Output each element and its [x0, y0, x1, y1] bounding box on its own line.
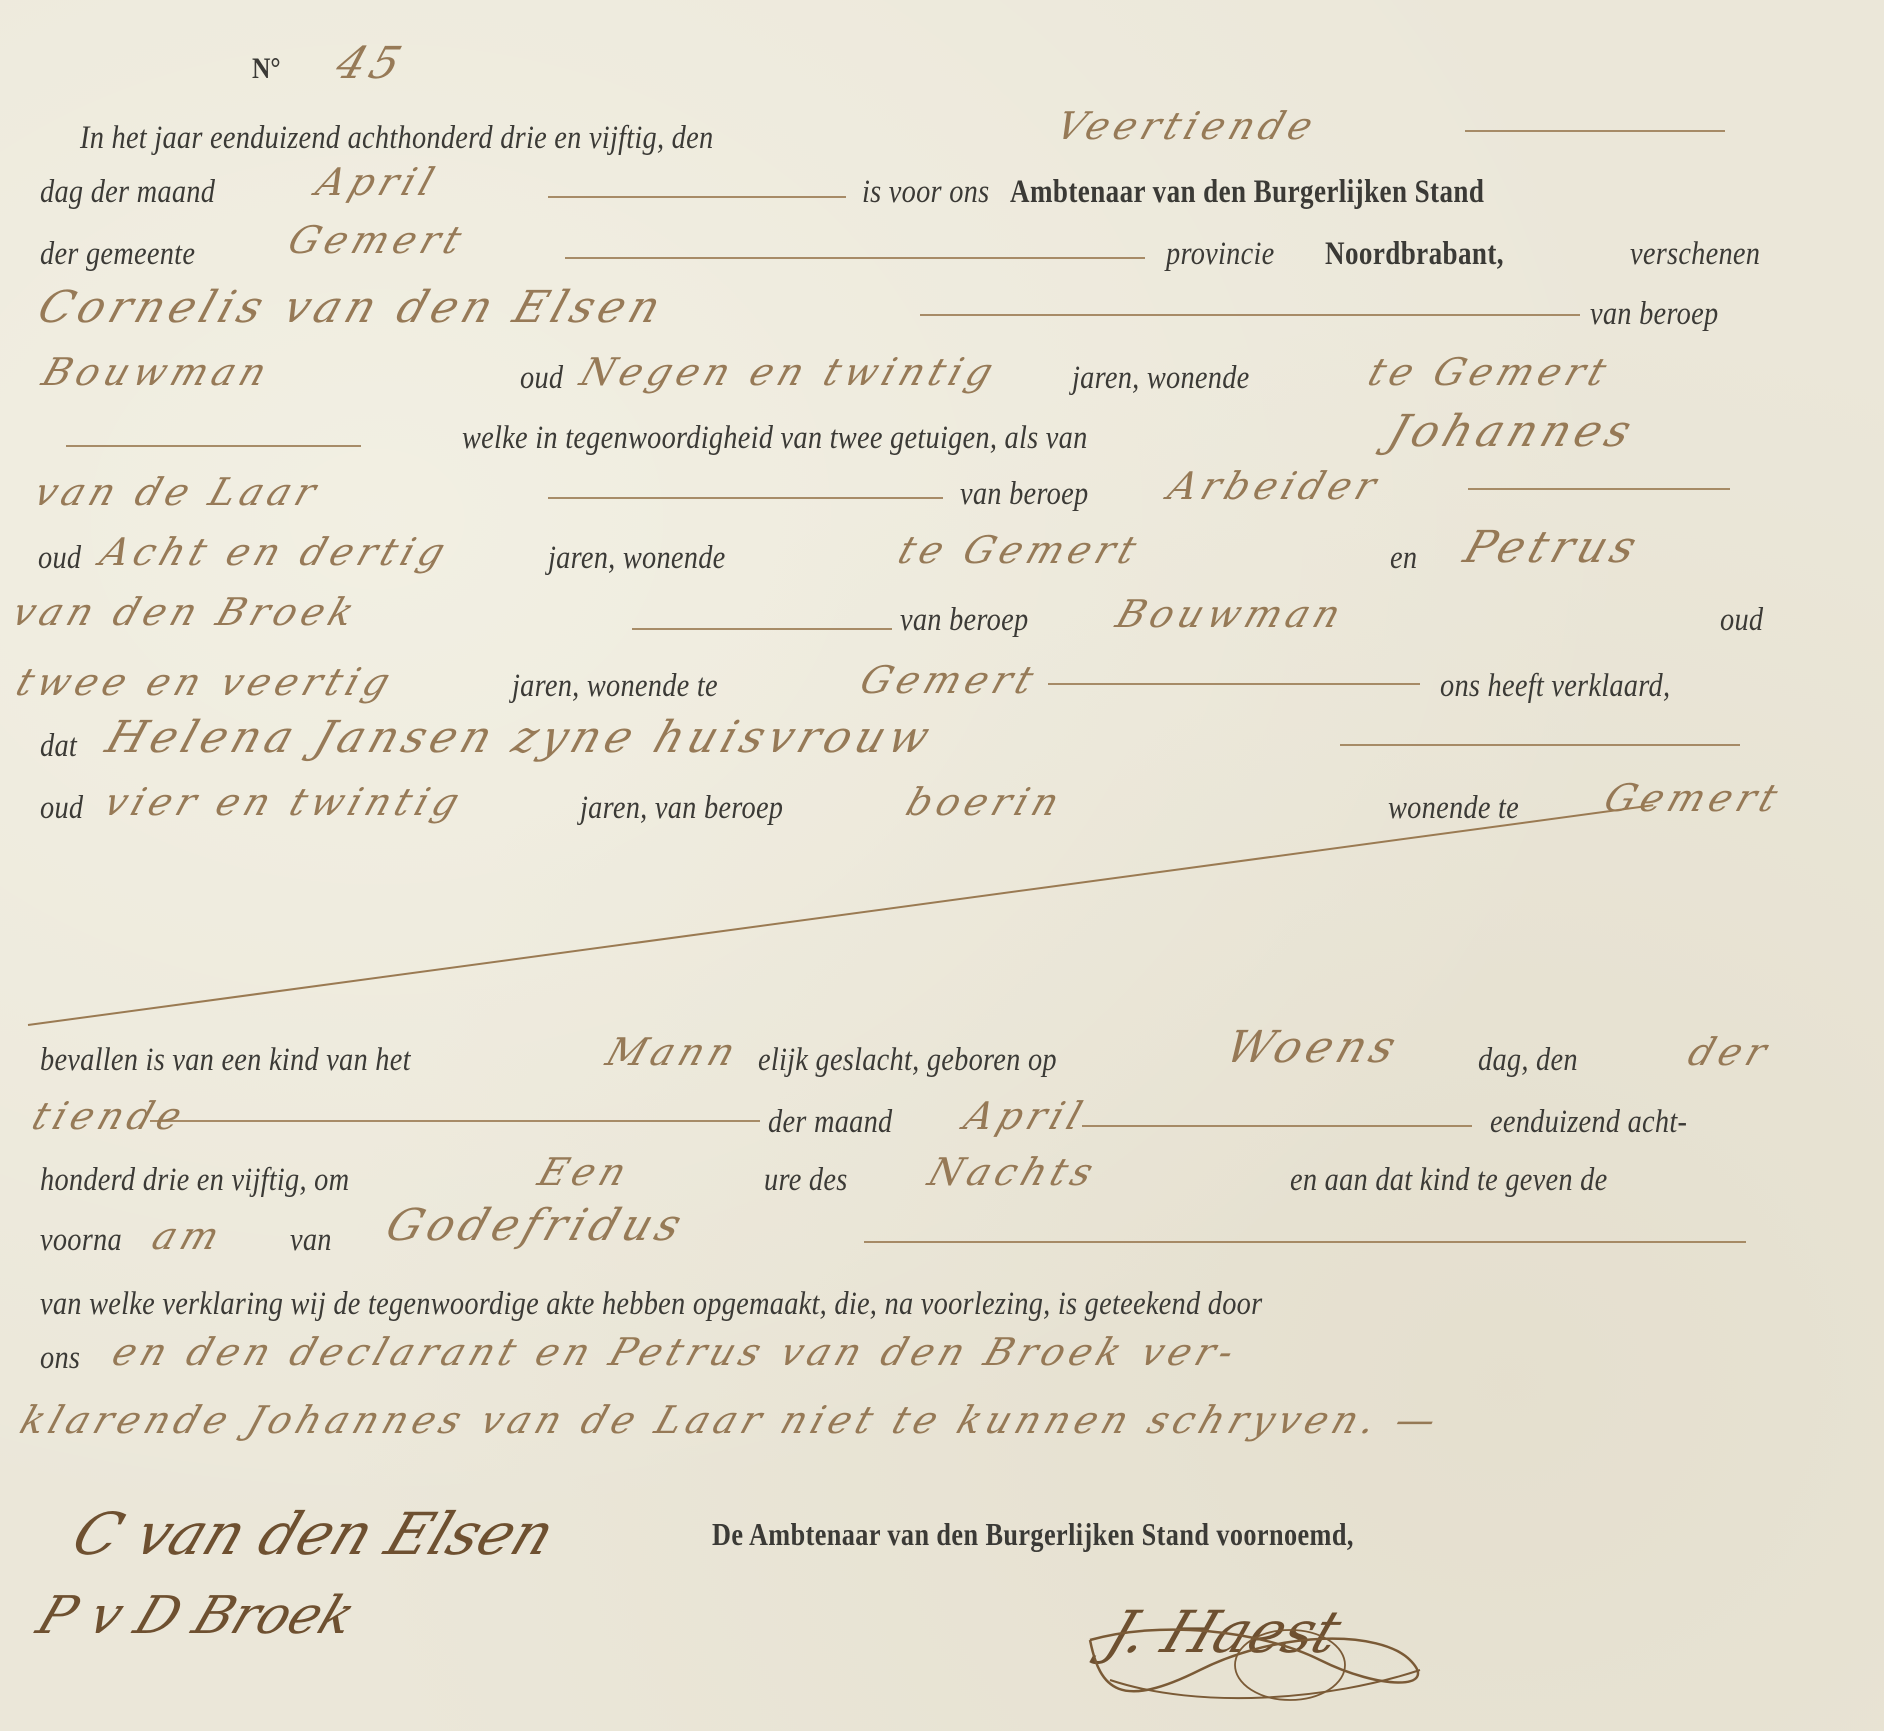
printed-text: en — [1390, 540, 1417, 577]
printed-text: van beroep — [960, 476, 1088, 513]
handwritten-witness2-last: van den Broek — [7, 590, 365, 634]
handwritten-witness2-occupation: Bouwman — [1111, 592, 1351, 636]
printed-text: oud — [40, 790, 83, 827]
printed-text-province: Noordbrabant, — [1325, 236, 1504, 273]
printed-text: ons — [40, 1340, 80, 1377]
handwritten-mother-occupation: boerin — [901, 780, 1070, 824]
handwritten-residence: te Gemert — [1363, 350, 1617, 394]
printed-text: jaren, van beroep — [580, 790, 783, 827]
handwritten-month: April — [311, 160, 445, 204]
fill-rule — [548, 196, 846, 198]
printed-text: jaren, wonende — [548, 540, 726, 577]
handwritten-mother-residence: Gemert — [1599, 776, 1788, 820]
printed-text: ure des — [764, 1162, 848, 1199]
handwritten-witness1-age: Acht en dertig — [95, 530, 456, 574]
handwritten-witness1-residence: te Gemert — [893, 528, 1147, 572]
printed-text: oud — [1720, 602, 1763, 639]
printed-text: In het jaar eenduizend achthonderd drie … — [80, 120, 713, 157]
printed-text: van beroep — [900, 602, 1028, 639]
printed-text: eenduizend acht- — [1490, 1104, 1687, 1141]
printed-text: en aan dat kind te geven de — [1290, 1162, 1607, 1199]
handwritten-municipality: Gemert — [283, 218, 472, 262]
handwritten-witness1-first: Johannes — [1382, 406, 1643, 457]
handwritten-sex: Mann — [601, 1030, 746, 1074]
handwritten-closing-2: klarende Johannes van de Laar niet te ku… — [15, 1398, 1447, 1442]
signature-witness: P v D Broek — [29, 1586, 363, 1646]
printed-text: welke in tegenwoordigheid van twee getui… — [462, 420, 1088, 457]
fill-rule — [864, 1241, 1746, 1243]
printed-text: dag, den — [1478, 1042, 1578, 1079]
handwritten-day: Veertiende — [1051, 104, 1324, 148]
handwritten-closing-1: en den declarant en Petrus van den Broek… — [107, 1330, 1245, 1374]
printed-text: oud — [38, 540, 81, 577]
printed-text: jaren, wonende te — [512, 668, 718, 705]
handwritten-witness1-occupation: Arbeider — [1163, 464, 1387, 508]
printed-text: dag der maand — [40, 174, 215, 211]
handwritten-birth-month: April — [959, 1094, 1093, 1138]
handwritten-child-name: Godefridus — [380, 1200, 693, 1251]
printed-text: provincie — [1166, 236, 1274, 273]
printed-text: verschenen — [1630, 236, 1760, 273]
handwritten-witness2-age: twee en veertig — [11, 660, 401, 704]
fill-rule — [632, 628, 892, 630]
fill-rule — [1468, 488, 1730, 490]
handwritten-declarant-name: Cornelis van den Elsen — [32, 282, 672, 333]
handwritten-mother: Helena Jansen zyne huisvrouw — [100, 712, 941, 763]
handwritten-witness1-last: van de Laar — [29, 470, 327, 514]
fill-rule — [1465, 130, 1725, 132]
printed-text: honderd drie en vijftig, om — [40, 1162, 349, 1199]
signature-declarant: C van den Elsen — [64, 1500, 564, 1568]
printed-text: elijk geslacht, geboren op — [758, 1042, 1057, 1079]
handwritten-witness2-first: Petrus — [1458, 522, 1648, 573]
printed-text-title: Ambtenaar van den Burgerlijken Stand — [1010, 174, 1484, 211]
printed-text: van beroep — [1590, 296, 1718, 333]
printed-text: jaren, wonende — [1072, 360, 1250, 397]
fill-rule — [1340, 744, 1740, 746]
printed-text: bevallen is van een kind van het — [40, 1042, 411, 1079]
handwritten-weekday: Woens — [1220, 1022, 1407, 1073]
handwritten-date-part2: tiende — [27, 1094, 192, 1138]
printed-text: der gemeente — [40, 236, 195, 273]
handwritten-age: Negen en twintig — [575, 350, 1004, 394]
official-title: De Ambtenaar van den Burgerlijken Stand … — [712, 1516, 1354, 1553]
signature-flourish-icon — [1080, 1600, 1500, 1720]
fill-rule — [66, 445, 361, 447]
handwritten-witness2-residence: Gemert — [855, 658, 1044, 702]
fill-rule — [548, 497, 943, 499]
fill-rule — [1048, 683, 1420, 685]
printed-text: der maand — [768, 1104, 893, 1141]
handwritten-hour: Een — [533, 1150, 637, 1194]
handwritten-correction: am — [147, 1214, 230, 1258]
printed-text: ons heeft verklaard, — [1440, 668, 1670, 705]
fill-rule — [920, 314, 1580, 316]
handwritten-time-of-day: Nachts — [923, 1150, 1104, 1194]
printed-text: voorna — [40, 1222, 122, 1259]
printed-text: wonende te — [1388, 790, 1519, 827]
handwritten-occupation: Bouwman — [37, 350, 277, 394]
handwritten-mother-age: vier en twintig — [99, 780, 470, 824]
printed-text: is voor ons — [862, 174, 989, 211]
printed-text: van — [290, 1222, 332, 1259]
printed-text: dat — [40, 728, 77, 765]
printed-text: van welke verklaring wij de tegenwoordig… — [40, 1286, 1262, 1323]
printed-text: oud — [520, 360, 563, 397]
handwritten-date-part1: der — [1683, 1030, 1777, 1074]
record-number-label: N° — [252, 52, 281, 86]
fill-rule — [150, 1120, 760, 1122]
fill-rule — [1082, 1125, 1472, 1127]
fill-rule — [565, 257, 1145, 259]
